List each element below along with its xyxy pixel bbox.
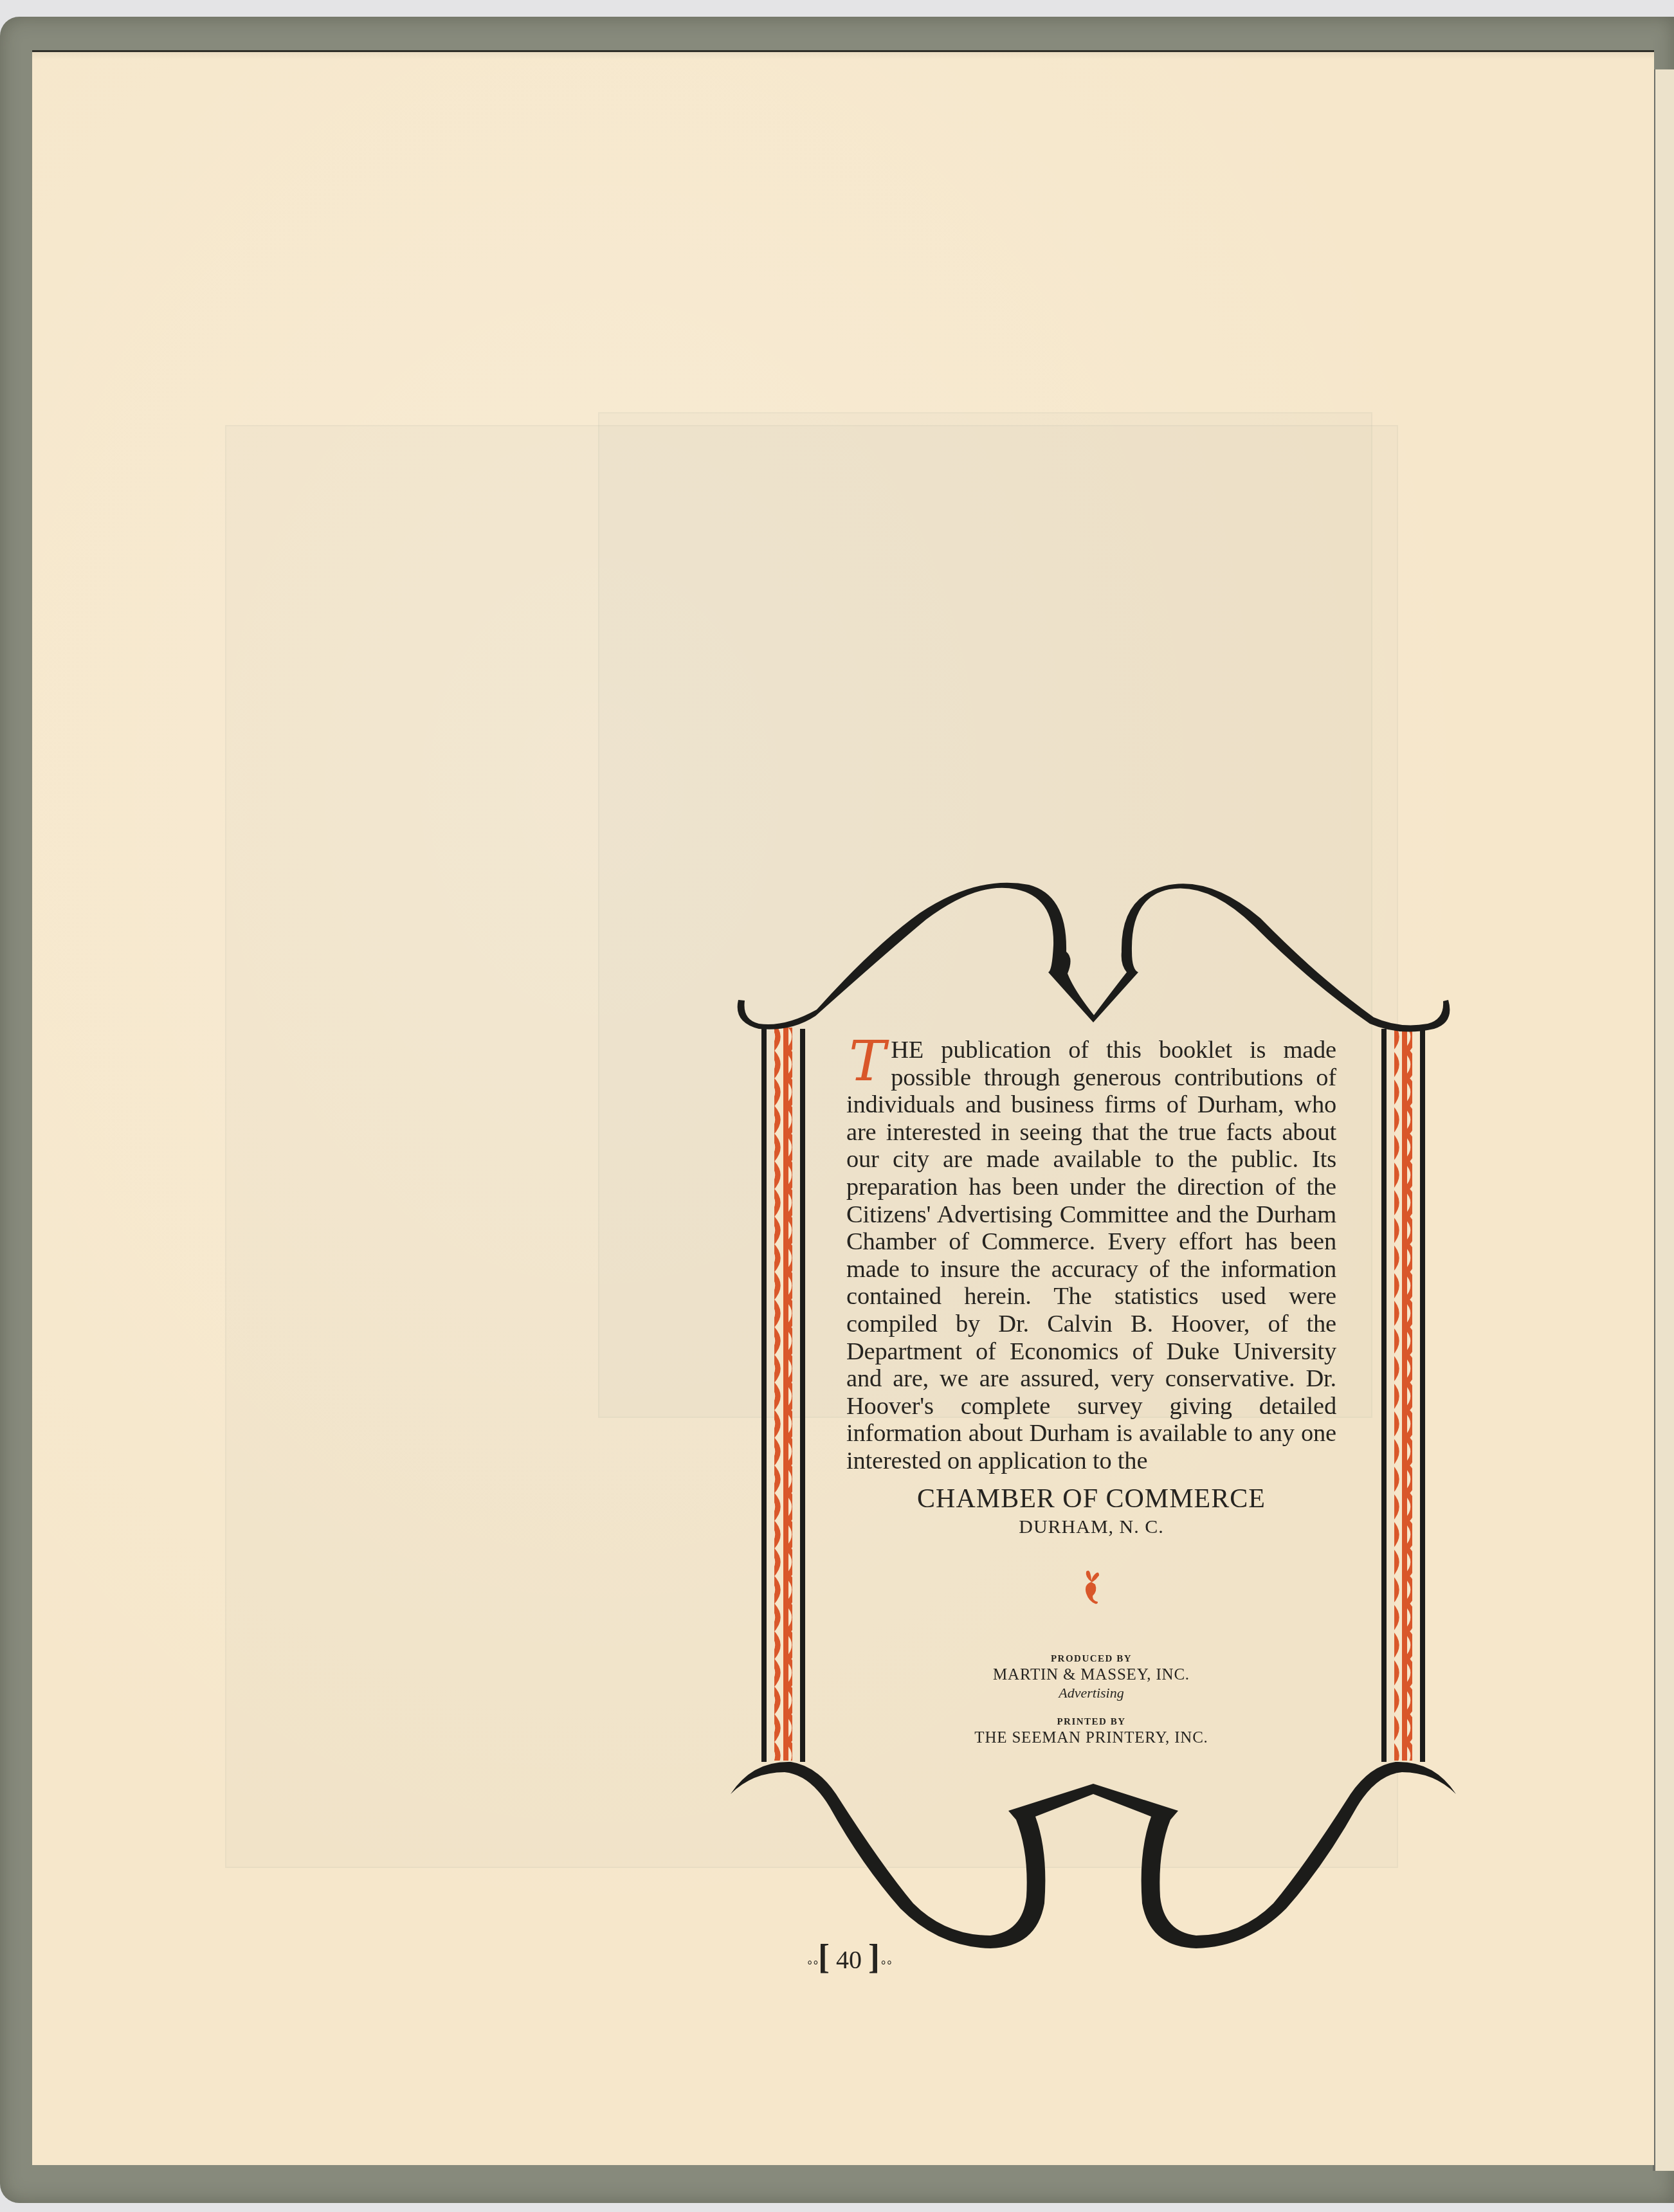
producer-role: Advertising [846, 1685, 1336, 1701]
left-ornament-icon: ∘∘ [806, 1955, 818, 1968]
right-ornament-icon: ∘∘ [880, 1955, 892, 1968]
top-scroll [738, 883, 1450, 1032]
bottom-scroll [731, 1762, 1456, 1948]
drop-cap: T [849, 1039, 886, 1084]
producer-name: MARTIN & MASSEY, INC. [846, 1665, 1336, 1685]
notice-block: THE publication of this booklet is made … [846, 1037, 1336, 1748]
notice-body: HE publication of this booklet is made p… [846, 1037, 1336, 1474]
printed-by-label: PRINTED BY [846, 1716, 1336, 1728]
right-bracket: ] [868, 1937, 880, 1976]
organization-name: CHAMBER OF COMMERCE [846, 1483, 1336, 1515]
page-number: ∘∘[ 40 ]∘∘ [791, 1937, 907, 1977]
left-bracket: [ [818, 1937, 830, 1976]
leaf-fleuron-icon [1078, 1568, 1104, 1606]
left-column [761, 1028, 805, 1762]
right-column [1381, 1028, 1425, 1762]
printer-name: THE SEEMAN PRINTERY, INC. [846, 1728, 1336, 1748]
ornamental-frame [0, 0, 1674, 2212]
organization-location: DURHAM, N. C. [846, 1515, 1336, 1539]
produced-by-label: PRODUCED BY [846, 1653, 1336, 1665]
notice-paragraph: THE publication of this booklet is made … [846, 1037, 1336, 1475]
page-number-value: 40 [836, 1945, 862, 1974]
